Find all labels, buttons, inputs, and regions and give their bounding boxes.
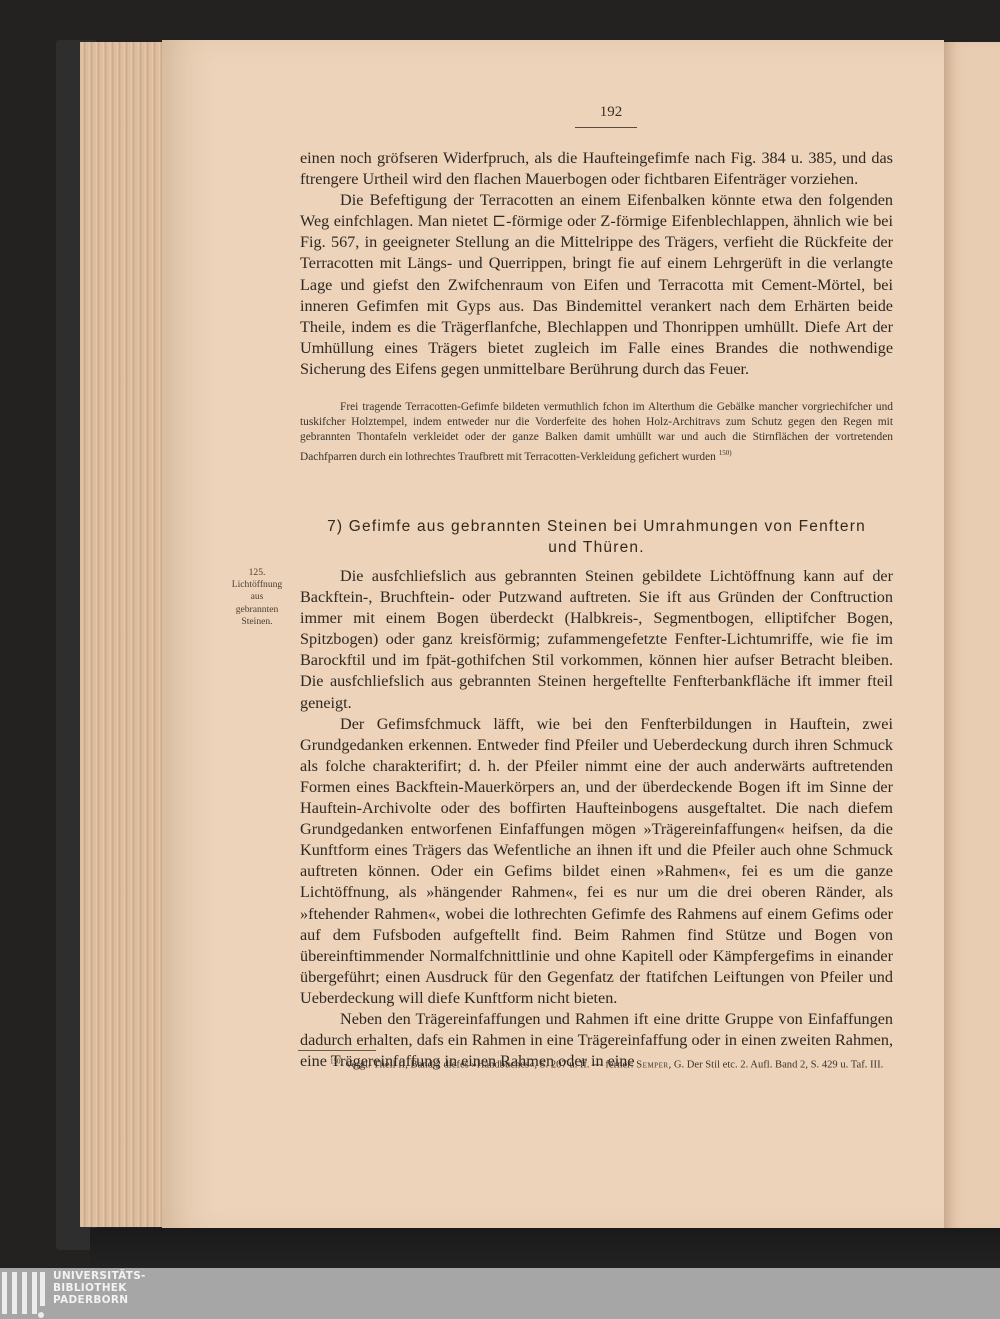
paragraph: einen noch gröfseren Widerfpruch, als di… (300, 148, 893, 190)
footnote-marker-text: 150) (330, 1057, 343, 1065)
marginal-number: 125. (222, 567, 292, 579)
footnote-text: , G. Der Stil etc. 2. Aufl. Band 2, S. 4… (669, 1060, 884, 1071)
logo-line: PADERBORN (53, 1294, 146, 1306)
footnote-marker: 150) (300, 1060, 343, 1071)
footnote-author: Semper (636, 1060, 668, 1071)
marginal-line: Steinen. (222, 616, 292, 628)
library-footer-bar (0, 1268, 1000, 1319)
marginal-note: 125. Lichtöffnung aus gebrannten Steinen… (222, 567, 292, 628)
footnote-text: Vergl. Theil II, Band 2 diefes »Handbuch… (343, 1060, 636, 1071)
body-text-section: Die ausfchliefslich aus gebrannten Stein… (300, 566, 893, 1072)
paragraph: Der Gefimsfchmuck läfft, wie bei den Fen… (300, 714, 893, 1009)
small-print-text: Frei tragende Terracotten-Gefimfe bildet… (300, 401, 893, 462)
small-print-note: Frei tragende Terracotten-Gefimfe bildet… (300, 400, 893, 465)
bottom-shadow (90, 1228, 1000, 1268)
section-heading: 7) Gefimfe aus gebrannten Steinen bei Um… (300, 516, 893, 558)
logo-line: BIBLIOTHEK (53, 1282, 146, 1294)
page-number: 192 (586, 104, 636, 121)
paragraph: Die ausfchliefslich aus gebrannten Stein… (300, 566, 893, 714)
section-heading-line2: und Thüren. (300, 537, 893, 558)
marginal-line: aus (222, 591, 292, 603)
section-heading-line1: 7) Gefimfe aus gebrannten Steinen bei Um… (300, 516, 893, 537)
footnote-rule (298, 1050, 376, 1051)
page-number-rule (575, 127, 637, 128)
marginal-line: gebrannten (222, 604, 292, 616)
footnote-reference[interactable]: 150) (719, 449, 732, 457)
page-edges (80, 42, 162, 1227)
facing-page-edge (944, 42, 1000, 1232)
body-text-top: einen noch gröfseren Widerfpruch, als di… (300, 148, 893, 380)
library-logo-text: UNIVERSITÄTS- BIBLIOTHEK PADERBORN (53, 1270, 146, 1306)
footnote: 150) Vergl. Theil II, Band 2 diefes »Han… (300, 1054, 893, 1073)
logo-line: UNIVERSITÄTS- (53, 1270, 146, 1282)
library-logo-dot-icon (38, 1312, 44, 1318)
small-print-paragraph: Frei tragende Terracotten-Gefimfe bildet… (300, 400, 893, 465)
paragraph: Die Befeftigung der Terracotten an einem… (300, 190, 893, 380)
marginal-line: Lichtöffnung (222, 579, 292, 591)
